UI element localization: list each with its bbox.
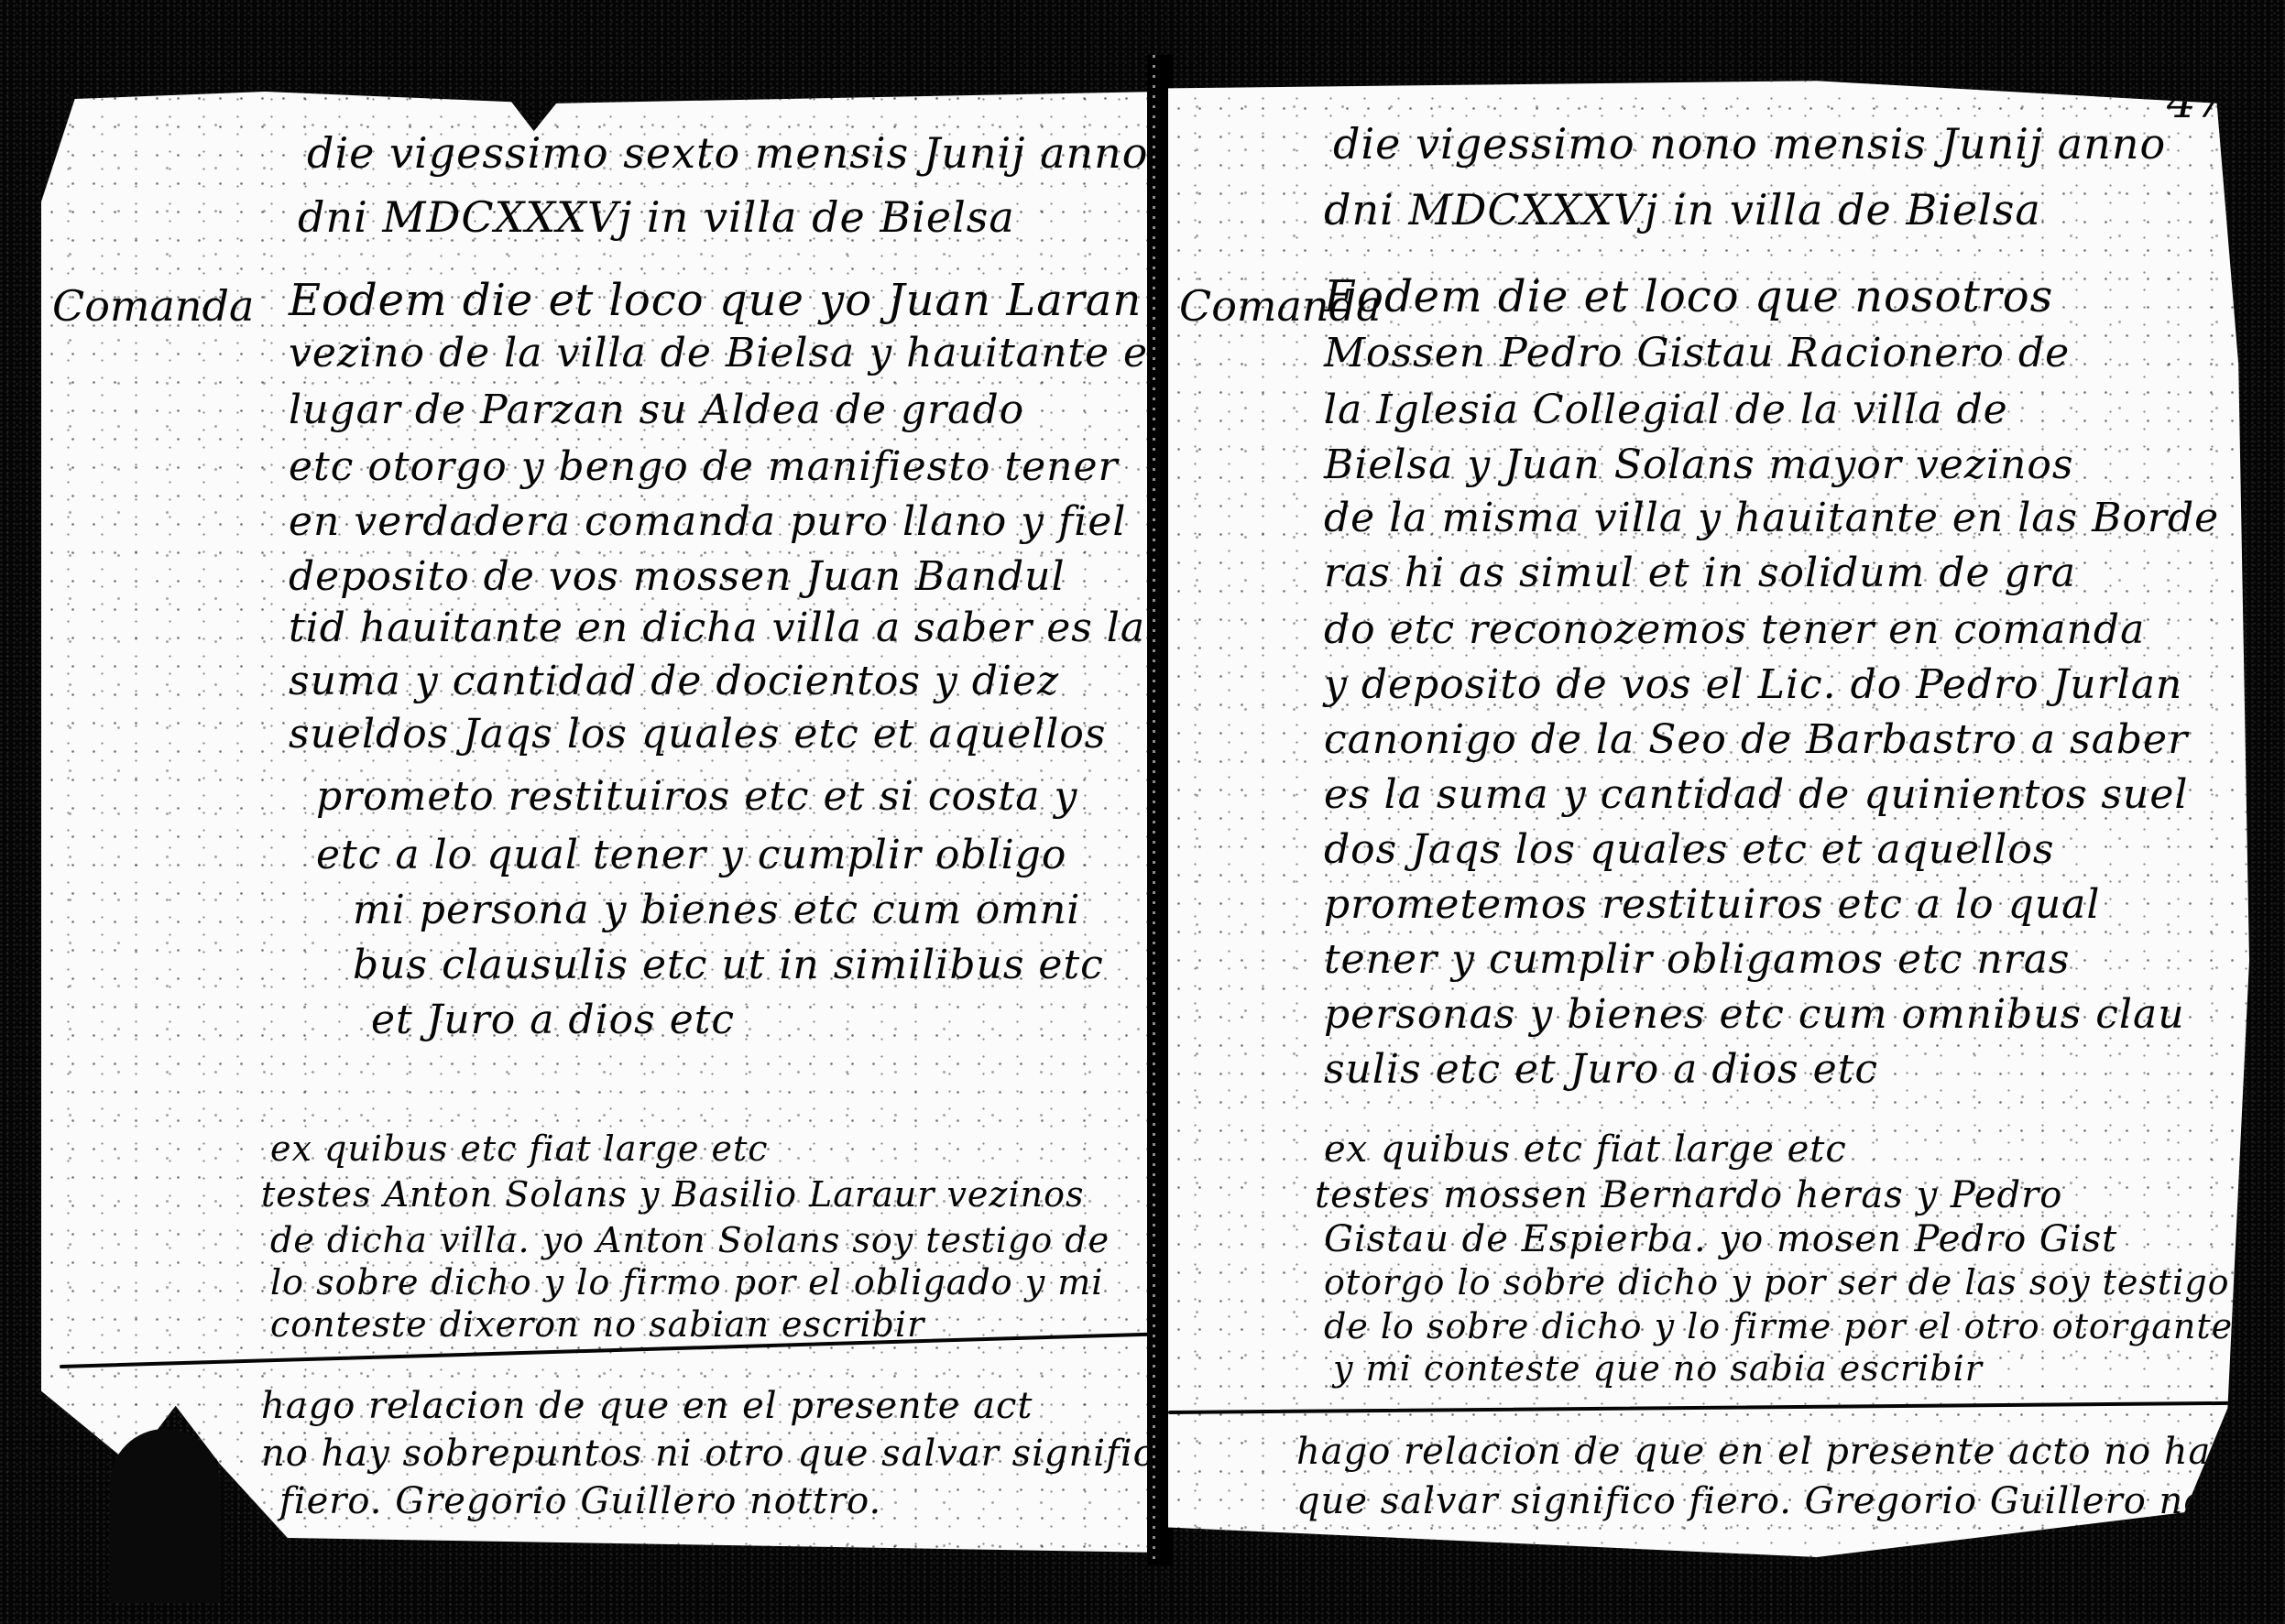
left-header-line-2: dni MDCXXXVj in villa de Bielsa xyxy=(298,192,1015,242)
left-body-line: en verdadera comanda puro llano y fiel xyxy=(289,498,1126,545)
right-closing-line: Gistau de Espierba. yo mosen Pedro Gist xyxy=(1324,1218,2117,1260)
left-header-line-1: die vigessimo sexto mensis Junij anno xyxy=(307,128,1148,178)
right-body-line: dos Jaqs los quales etc et aquellos xyxy=(1324,826,2054,873)
right-closing-line: otorgo lo sobre dicho y por ser de las s… xyxy=(1324,1262,2230,1302)
page-corner-damage xyxy=(110,1429,220,1603)
left-body-line: Eodem die et loco que yo Juan Laran xyxy=(289,275,1142,326)
right-closing-line: testes mossen Bernardo heras y Pedro xyxy=(1315,1174,2062,1216)
right-body-line: do etc reconozemos tener en comanda xyxy=(1324,606,2145,653)
right-body-line: la Iglesia Collegial de la villa de xyxy=(1324,387,2008,433)
right-body-line: sulis etc et Juro a dios etc xyxy=(1324,1046,1878,1093)
left-body-line: suma y cantidad de docientos y diez xyxy=(289,658,1059,704)
right-body-line: Mossen Pedro Gistau Racionero de xyxy=(1324,330,2070,376)
left-body-line: vezino de la villa de Bielsa y hauitante… xyxy=(289,330,1161,376)
right-page: 47 Comanda die vigessimo nono mensis Jun… xyxy=(1168,66,2249,1557)
left-margin-note: Comanda xyxy=(52,281,254,331)
right-closing-line: ex quibus etc fiat large etc xyxy=(1324,1128,1847,1171)
right-body-line: y deposito de vos el Lic. do Pedro Jurla… xyxy=(1324,661,2182,708)
left-notary-line: no hay sobrepuntos ni otro que salvar si… xyxy=(261,1433,1161,1475)
left-closing-line: lo sobre dicho y lo firmo por el obligad… xyxy=(270,1262,1103,1302)
left-body-line: tid hauitante en dicha villa a saber es … xyxy=(289,605,1145,651)
left-body-line: lugar de Parzan su Aldea de grado xyxy=(289,387,1024,433)
left-notary-line: hago relacion de que en el presente act xyxy=(261,1385,1033,1427)
left-closing-line: testes Anton Solans y Basilio Laraur vez… xyxy=(261,1174,1084,1215)
left-body-line: et Juro a dios etc xyxy=(371,997,735,1043)
left-body-line: bus clausulis etc ut in similibus etc xyxy=(353,942,1104,988)
left-closing-line: de dicha villa. yo Anton Solans soy test… xyxy=(270,1220,1110,1260)
right-body-line: de la misma villa y hauitante en las Bor… xyxy=(1324,495,2219,541)
right-body-line: personas y bienes etc cum omnibus clau xyxy=(1324,991,2185,1038)
right-separator-rule xyxy=(1168,1401,2249,1414)
right-body-line: tener y cumplir obligamos etc nras xyxy=(1324,936,2071,983)
left-body-line: etc otorgo y bengo de manifiesto tener xyxy=(289,443,1119,490)
right-body-line: ras hi as simul et in solidum de gra xyxy=(1324,550,2076,596)
right-body-line: es la suma y cantidad de quinientos suel xyxy=(1324,771,2188,818)
right-notary-line: hago relacion de que en el presente acto… xyxy=(1296,1431,2233,1473)
right-body-line: canonigo de la Seo de Barbastro a saber xyxy=(1324,716,2188,763)
left-body-line: prometo restituiros etc et si costa y xyxy=(316,773,1077,820)
right-body-line: prometemos restituiros etc a lo qual xyxy=(1324,881,2100,928)
left-body-line: sueldos Jaqs los quales etc et aquellos xyxy=(289,711,1106,758)
right-header-line-2: dni MDCXXXVj in villa de Bielsa xyxy=(1324,185,2041,234)
right-header-line-1: die vigessimo nono mensis Junij anno xyxy=(1333,119,2166,169)
left-closing-line: conteste dixeron no sabian escribir xyxy=(270,1304,924,1345)
left-body-line: deposito de vos mossen Juan Bandul xyxy=(289,553,1066,600)
right-closing-line: y mi conteste que no sabia escribir xyxy=(1333,1348,1983,1389)
right-body-line: Eodem die et loco que nosotros xyxy=(1324,271,2053,322)
right-notary-line: que salvar significo fiero. Gregorio Gui… xyxy=(1296,1480,2249,1522)
left-closing-line: ex quibus etc fiat large etc xyxy=(270,1128,769,1169)
right-closing-line: de lo sobre dicho y lo firme por el otro… xyxy=(1324,1306,2233,1346)
left-body-line: mi persona y bienes etc cum omni xyxy=(353,887,1080,933)
left-body-line: etc a lo qual tener y cumplir obligo xyxy=(316,832,1066,878)
left-page: Comanda die vigessimo sexto mensis Junij… xyxy=(41,84,1161,1553)
right-body-line: Bielsa y Juan Solans mayor vezinos xyxy=(1324,441,2073,488)
left-notary-line: fiero. Gregorio Guillero nottro. xyxy=(279,1480,881,1522)
